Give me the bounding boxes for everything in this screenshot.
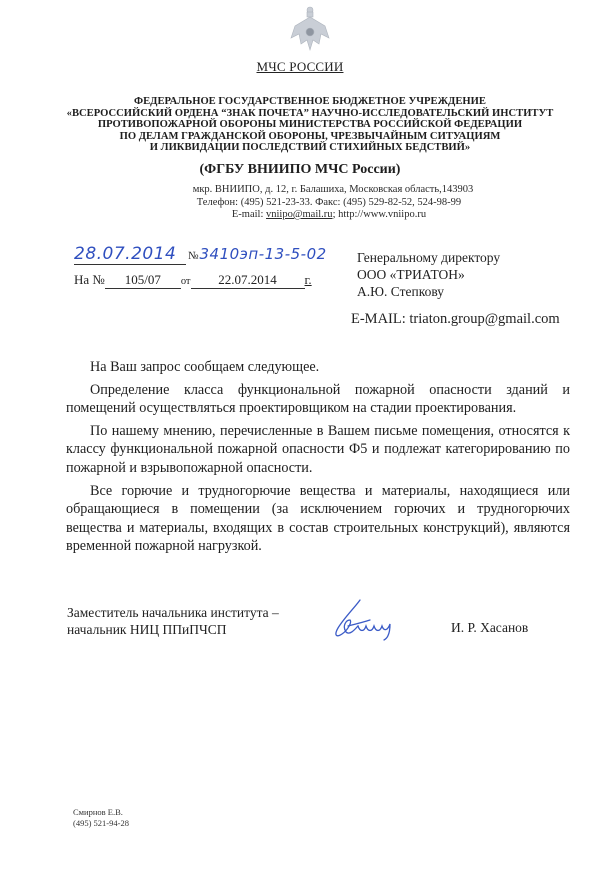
addressee-position: Генеральному директору bbox=[357, 249, 500, 266]
reply-to-number: 105/07 bbox=[105, 272, 181, 289]
org-line: ПО ДЕЛАМ ГРАЖДАНСКОЙ ОБОРОНЫ, ЧРЕЗВЫЧАЙН… bbox=[40, 131, 580, 143]
reply-reference: На №105/07от22.07.2014г. bbox=[74, 272, 312, 289]
executor-info: Смирнов Е.В. (495) 521-94-28 bbox=[73, 807, 129, 829]
mchs-emblem-icon bbox=[287, 4, 333, 54]
email-label: E-mail: bbox=[232, 209, 266, 220]
paragraph: Определение класса функциональной пожарн… bbox=[66, 381, 570, 418]
letter-body: На Ваш запрос сообщаем следующее. Опреде… bbox=[66, 358, 570, 560]
number-label: № bbox=[188, 250, 199, 262]
signatory-title: Заместитель начальника института – начал… bbox=[67, 604, 279, 638]
addressee-email: E-MAIL: triaton.group@gmail.com bbox=[351, 311, 560, 328]
handwritten-signature-icon bbox=[330, 598, 402, 642]
executor-phone: (495) 521-94-28 bbox=[73, 818, 129, 829]
website-link[interactable]: http://www.vniipo.ru bbox=[338, 209, 426, 220]
contact-block: мкр. ВНИИПО, д. 12, г. Балашиха, Московс… bbox=[130, 184, 550, 222]
organization-name: ФЕДЕРАЛЬНОЕ ГОСУДАРСТВЕННОЕ БЮДЖЕТНОЕ УЧ… bbox=[40, 96, 580, 154]
paragraph: Все горючие и трудногорючие вещества и м… bbox=[66, 482, 570, 556]
paragraph: На Ваш запрос сообщаем следующее. bbox=[66, 358, 570, 377]
outgoing-date: 28.07.2014 bbox=[74, 244, 186, 265]
signatory-title-line: Заместитель начальника института – bbox=[67, 604, 279, 621]
email-link[interactable]: vniipo@mail.ru bbox=[266, 209, 333, 220]
org-line: И ЛИКВИДАЦИИ ПОСЛЕДСТВИЙ СТИХИЙНЫХ БЕДСТ… bbox=[40, 142, 580, 154]
address: мкр. ВНИИПО, д. 12, г. Балашиха, Московс… bbox=[168, 184, 498, 197]
ministry-title: МЧС РОССИИ bbox=[0, 59, 600, 75]
phone-fax: Телефон: (495) 521-23-33. Факс: (495) 52… bbox=[160, 197, 498, 210]
signatory-title-line: начальник НИЦ ППиПЧСП bbox=[67, 621, 279, 638]
paragraph: По нашему мнению, перечисленные в Вашем … bbox=[66, 422, 570, 478]
executor-name: Смирнов Е.В. bbox=[73, 807, 129, 818]
outgoing-number: 3410эп-13-5-02 bbox=[200, 245, 327, 263]
reply-to-label: На № bbox=[74, 272, 105, 287]
org-line: ФЕДЕРАЛЬНОЕ ГОСУДАРСТВЕННОЕ БЮДЖЕТНОЕ УЧ… bbox=[40, 96, 580, 108]
addressee-name: А.Ю. Степкову bbox=[357, 283, 500, 300]
organization-abbreviation: (ФГБУ ВНИИПО МЧС России) bbox=[0, 162, 600, 178]
reply-to-date: 22.07.2014 bbox=[191, 272, 305, 289]
outgoing-registration: 28.07.2014№3410эп-13-5-02 bbox=[74, 244, 327, 268]
addressee: Генеральному директору ООО «ТРИАТОН» А.Ю… bbox=[357, 249, 500, 300]
signatory-name: И. Р. Хасанов bbox=[451, 620, 528, 636]
addressee-company: ООО «ТРИАТОН» bbox=[357, 266, 500, 283]
from-label: от bbox=[181, 276, 191, 287]
year-suffix: г. bbox=[305, 272, 312, 287]
org-line: ПРОТИВОПОЖАРНОЙ ОБОРОНЫ МИНИСТЕРСТВА РОС… bbox=[40, 119, 580, 131]
org-line: «ВСЕРОССИЙСКИЙ ОРДЕНА “ЗНАК ПОЧЕТА” НАУЧ… bbox=[40, 108, 580, 120]
email-website: E-mail: vniipo@mail.ru; http://www.vniip… bbox=[160, 209, 498, 222]
